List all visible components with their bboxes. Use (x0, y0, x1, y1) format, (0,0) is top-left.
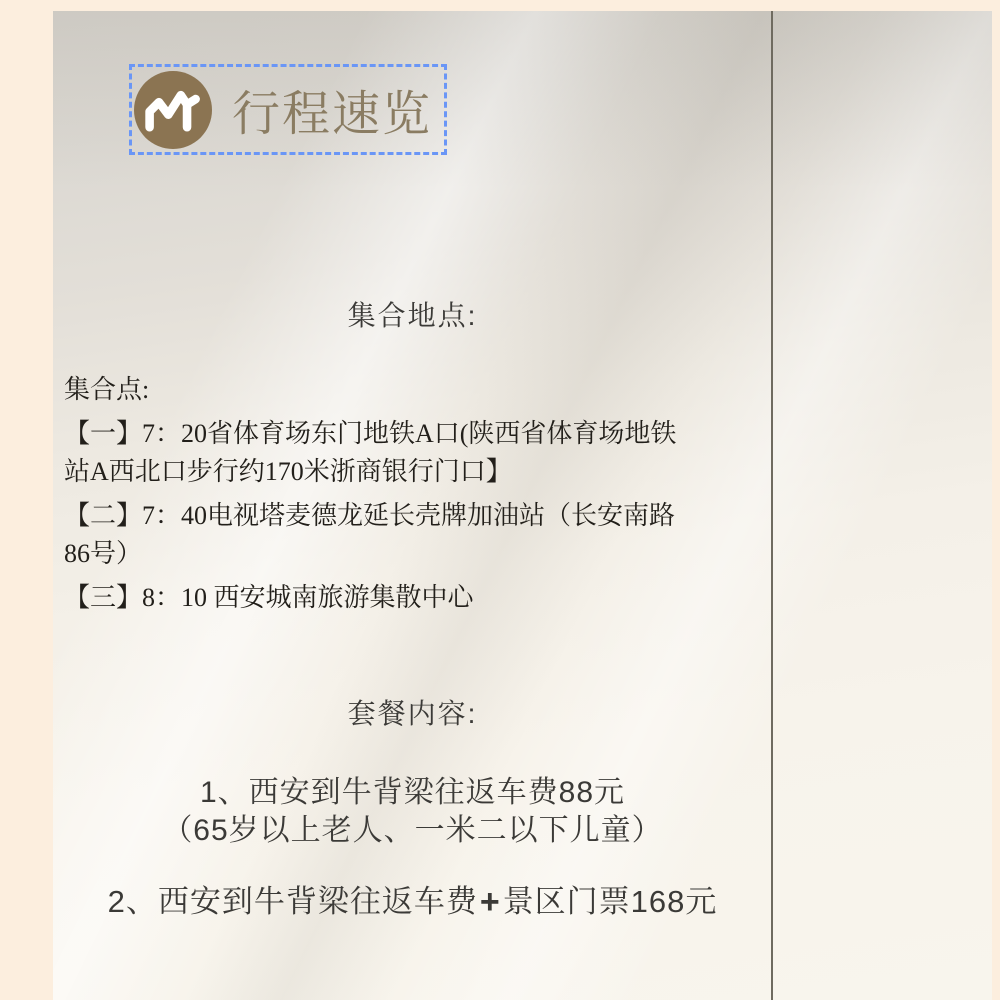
package-item-2-price: 2、西安到牛背梁往返车费+景区门票168元 (53, 876, 772, 921)
meeting-points-block: 集合点: 【一】7：20省体育场东门地铁A口(陕西省体育场地铁 站A西北口步行约… (64, 371, 760, 617)
logo-circle (134, 71, 212, 149)
package-section-heading: 套餐内容: (53, 692, 772, 732)
itinerary-graphic: 行程速览 集合地点: 集合点: 【一】7：20省体育场东门地铁A口(陕西省体育场… (0, 0, 1000, 1000)
meeting-section-heading: 集合地点: (53, 294, 772, 334)
meeting-point: 【一】7：20省体育场东门地铁A口(陕西省体育场地铁 站A西北口步行约170米浙… (64, 415, 760, 491)
meeting-point-line: 站A西北口步行约170米浙商银行门口】 (64, 453, 760, 491)
package-item-2-suffix: 景区门票168元 (503, 884, 718, 919)
meeting-point-line: 【二】7：40电视塔麦德龙延长壳牌加油站（长安南路 (64, 497, 760, 535)
meeting-point: 【二】7：40电视塔麦德龙延长壳牌加油站（长安南路 86号） (64, 497, 760, 573)
vertical-divider-line (771, 11, 773, 1000)
meeting-point-line: 【一】7：20省体育场东门地铁A口(陕西省体育场地铁 (64, 415, 760, 453)
package-item-1-note: （65岁以上老人、一米二以下儿童） (53, 805, 772, 849)
badge-title: 行程速览 (232, 75, 432, 144)
package-item-2-prefix: 2、西安到牛背梁往返车费 (108, 884, 478, 919)
meeting-point: 【三】8：10 西安城南旅游集散中心 (64, 579, 760, 617)
meeting-point-line: 【三】8：10 西安城南旅游集散中心 (64, 579, 760, 617)
meeting-points-label: 集合点: (64, 371, 760, 409)
plus-icon: + (478, 883, 503, 921)
mountain-zigzag-icon (134, 71, 212, 149)
itinerary-badge-selected[interactable]: 行程速览 (129, 64, 447, 155)
meeting-point-line: 86号） (64, 535, 760, 573)
